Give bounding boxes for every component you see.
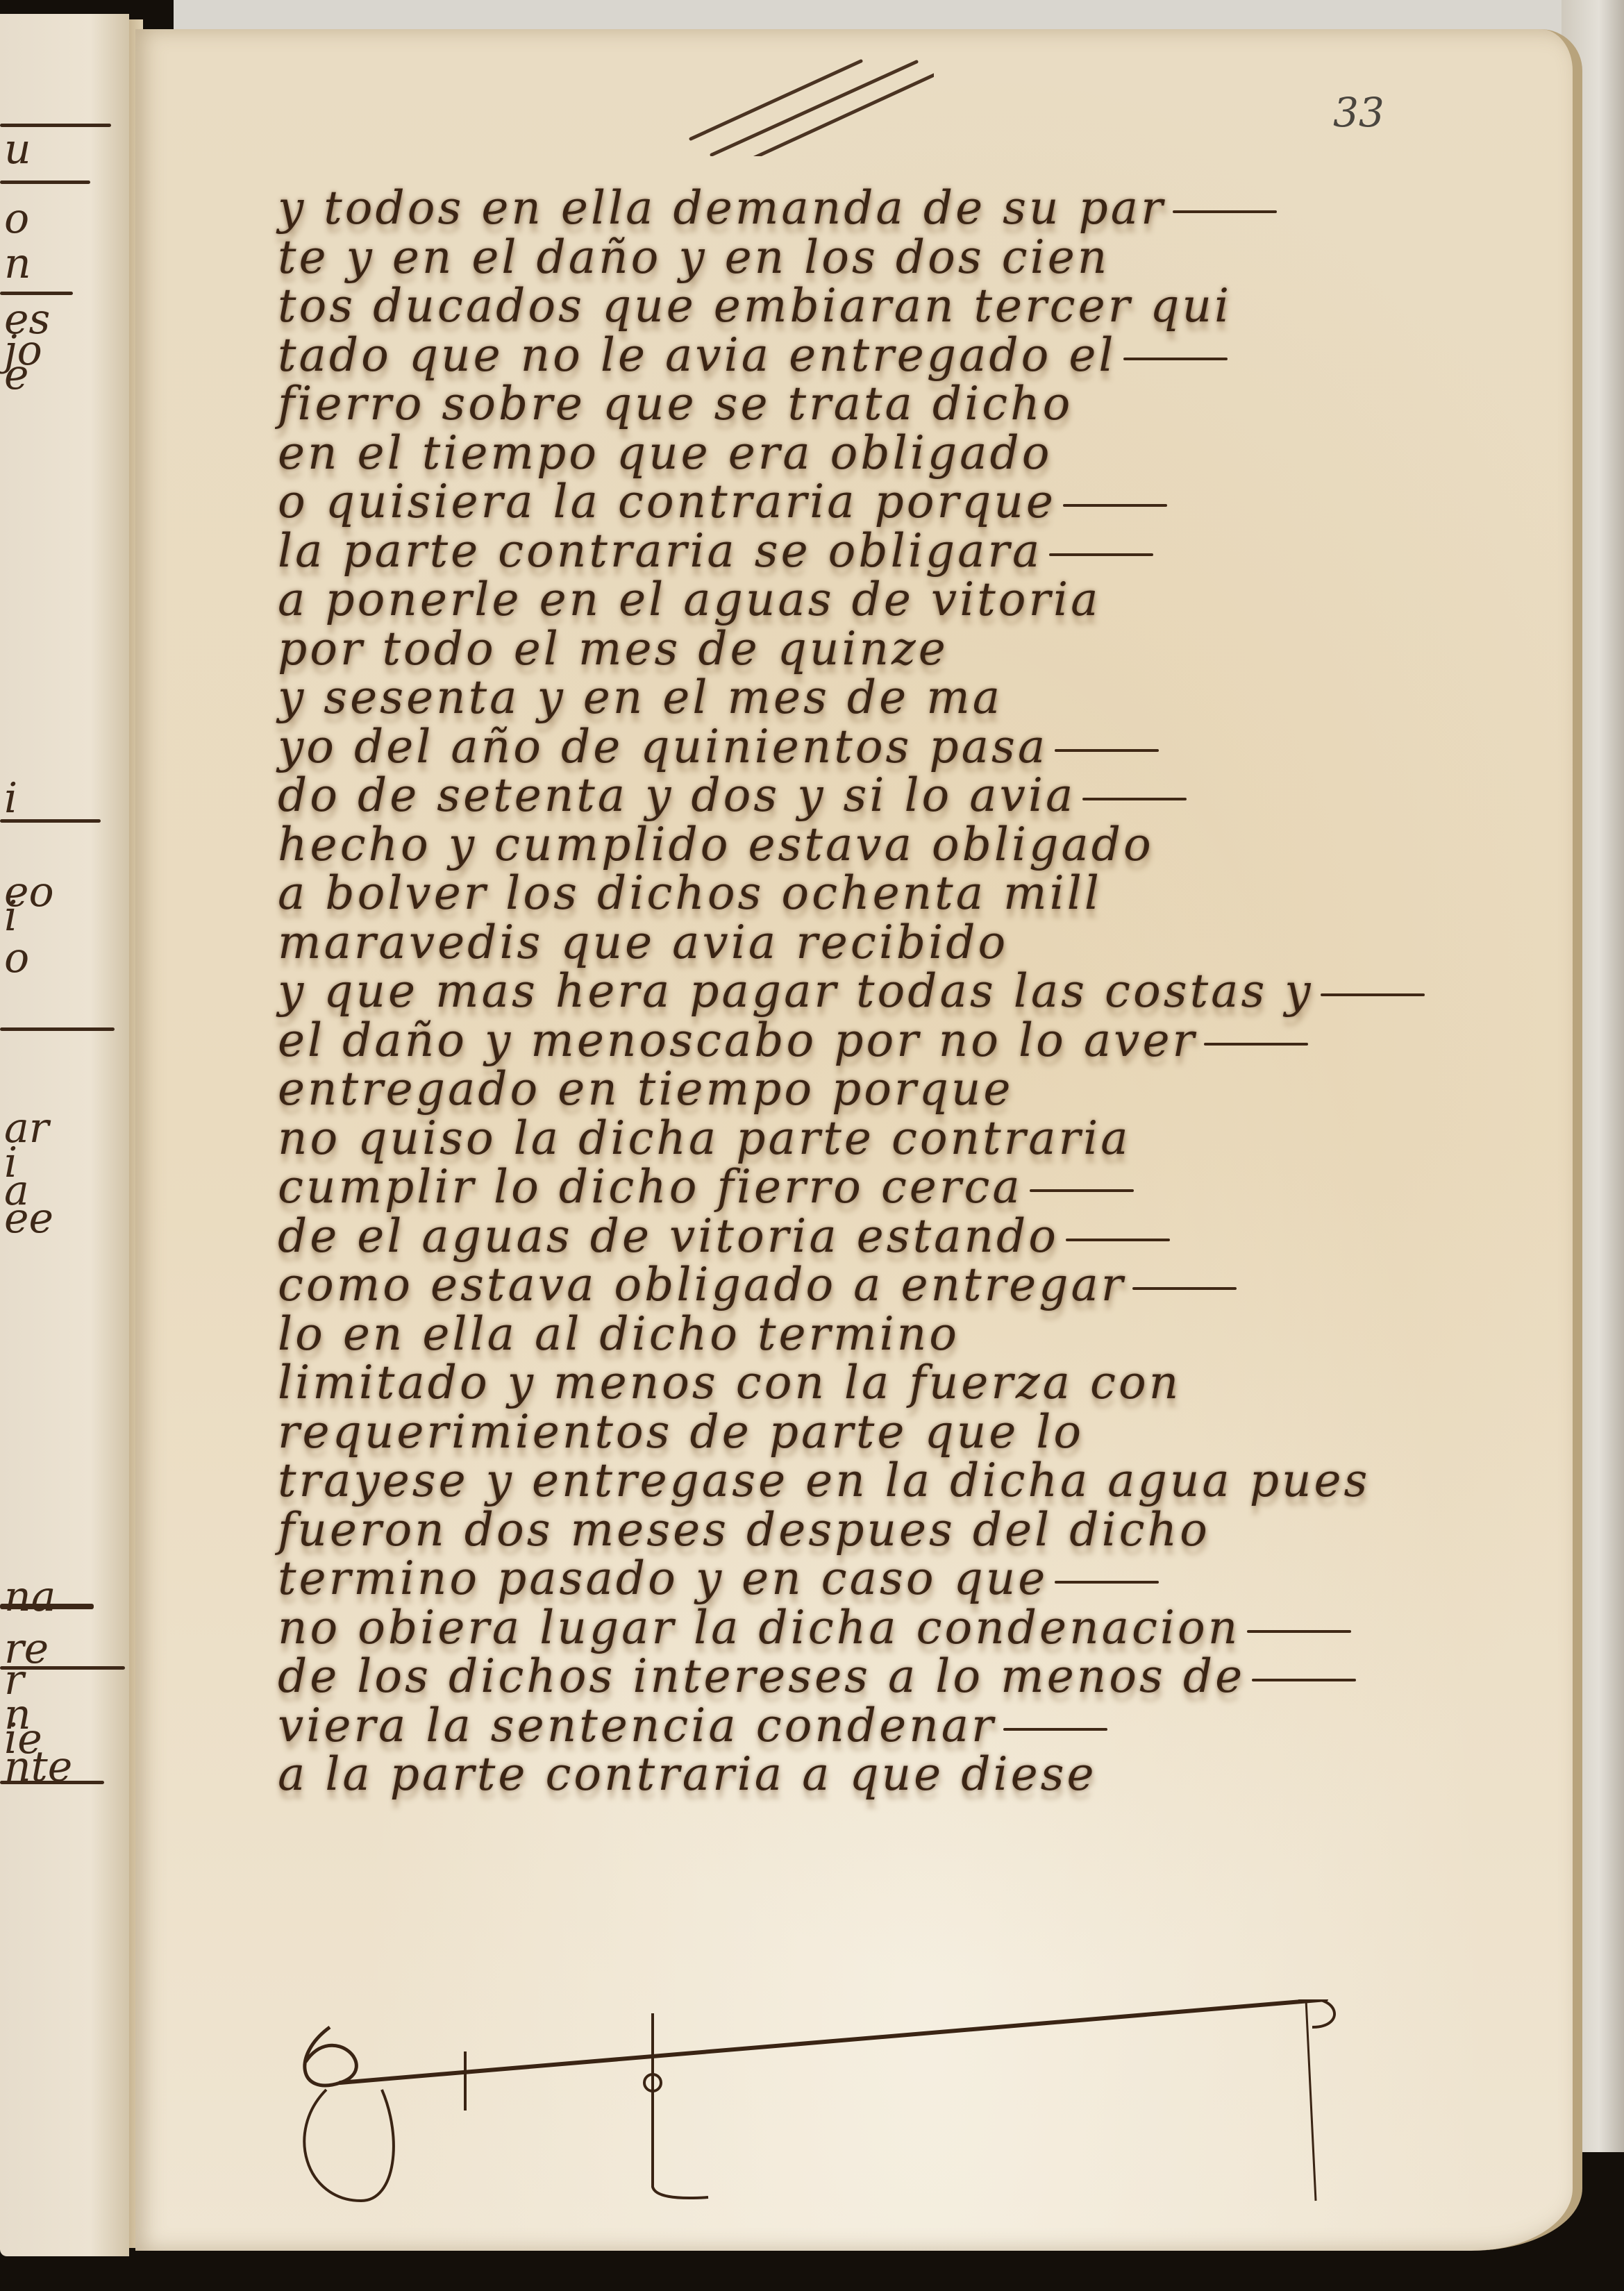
manuscript-line: por todo el mes de quinze: [278, 625, 1361, 674]
manuscript-line: maravedis que avia recibido: [278, 918, 1361, 968]
manuscript-line: trayese y entregase en la dicha agua pue…: [278, 1457, 1361, 1506]
manuscript-line: termino pasado y en caso que: [278, 1554, 1361, 1604]
line-end-flourish: [1063, 504, 1167, 507]
triple-stroke-mark: [656, 59, 934, 156]
manuscript-line: te y en el daño y en los dos cien: [278, 233, 1361, 283]
line-end-flourish: [1173, 210, 1277, 213]
manuscript-line: a la parte contraria a que diese: [278, 1750, 1361, 1799]
manuscript-line: a ponerle en el aguas de vitoria: [278, 576, 1361, 625]
line-end-flourish: [1247, 1630, 1351, 1633]
manuscript-line: fierro sobre que se trata dicho: [278, 380, 1361, 429]
manuscript-line: como estava obligado a entregar: [278, 1261, 1361, 1310]
left-margin-fragment: u: [4, 125, 31, 174]
left-margin-fragment: na: [4, 1572, 56, 1621]
manuscript-line: de el aguas de vitoria estando: [278, 1212, 1361, 1261]
manuscript-line: requerimientos de parte que lo: [278, 1408, 1361, 1457]
line-end-flourish: [1049, 553, 1153, 556]
left-margin-fragment: ee: [4, 1194, 53, 1243]
manuscript-line-text: tado que no le avia entregado el: [278, 328, 1116, 382]
manuscript-line-text: por todo el mes de quinze: [278, 622, 948, 675]
manuscript-line-text: en el tiempo que era obligado: [278, 426, 1052, 480]
manuscript-line-text: como estava obligado a entregar: [278, 1258, 1125, 1311]
manuscript-line-text: hecho y cumplido estava obligado: [278, 818, 1154, 871]
manuscript-line: o quisiera la contraria porque: [278, 478, 1361, 527]
line-end-flourish: [0, 124, 111, 127]
left-margin-fragment: o: [4, 194, 29, 243]
manuscript-line-text: a ponerle en el aguas de vitoria: [278, 573, 1101, 626]
manuscript-line: lo en ella al dicho termino: [278, 1310, 1361, 1359]
manuscript-line: hecho y cumplido estava obligado: [278, 821, 1361, 870]
left-margin-fragment: n: [4, 240, 31, 288]
manuscript-line: la parte contraria se obligara: [278, 527, 1361, 576]
manuscript-line-text: y todos en ella demanda de su par: [278, 181, 1166, 235]
manuscript-line-text: de los dichos intereses a lo menos de: [278, 1650, 1245, 1703]
manuscript-line-text: tos ducados que embiaran tercer qui: [278, 279, 1232, 333]
line-end-flourish: [0, 819, 101, 823]
folio-number: 33: [1333, 89, 1384, 136]
manuscript-line-text: el daño y menoscabo por no lo aver: [278, 1014, 1197, 1067]
line-end-flourish: [0, 1604, 94, 1609]
manuscript-line-text: limitado y menos con la fuerza con: [278, 1356, 1181, 1409]
manuscript-line: y todos en ella demanda de su par: [278, 184, 1361, 233]
manuscript-line-text: no obiera lugar la dicha condenacion: [278, 1601, 1240, 1654]
line-end-flourish: [1055, 1581, 1159, 1584]
manuscript-line-text: y sesenta y en el mes de ma: [278, 671, 1003, 724]
manuscript-line-text: yo del año de quinientos pasa: [278, 720, 1048, 773]
line-end-flourish: [0, 181, 90, 184]
manuscript-line: y que mas hera pagar todas las costas y: [278, 967, 1361, 1016]
manuscript-line-text: de el aguas de vitoria estando: [278, 1209, 1059, 1263]
manuscript-line: el daño y menoscabo por no lo aver: [278, 1016, 1361, 1066]
manuscript-line: de los dichos intereses a lo menos de: [278, 1652, 1361, 1702]
line-end-flourish: [1321, 993, 1425, 996]
manuscript-line: no obiera lugar la dicha condenacion: [278, 1604, 1361, 1653]
manuscript-line: limitado y menos con la fuerza con: [278, 1359, 1361, 1408]
line-end-flourish: [1082, 798, 1187, 800]
line-end-flourish: [1252, 1679, 1356, 1681]
manuscript-line-text: viera la sentencia condenar: [278, 1699, 996, 1752]
line-end-flourish: [1003, 1728, 1107, 1731]
signature-flourish: [0, 1781, 104, 1784]
manuscript-line-text: cumplir lo dicho fierro cerca: [278, 1160, 1023, 1214]
manuscript-line: viera la sentencia condenar: [278, 1702, 1361, 1751]
manuscript-line: fueron dos meses despues del dicho: [278, 1506, 1361, 1555]
manuscript-line-text: no quiso la dicha parte contraria: [278, 1111, 1131, 1165]
manuscript-line-text: fierro sobre que se trata dicho: [278, 377, 1073, 430]
line-end-flourish: [0, 1666, 125, 1670]
manuscript-line-text: o quisiera la contraria porque: [278, 475, 1056, 528]
manuscript-line: yo del año de quinientos pasa: [278, 723, 1361, 772]
line-end-flourish: [1030, 1189, 1134, 1192]
manuscript-line-text: do de setenta y dos y si lo avia: [278, 769, 1075, 822]
manuscript-line-text: te y en el daño y en los dos cien: [278, 230, 1110, 284]
line-end-flourish: [0, 1027, 115, 1031]
manuscript-line: tado que no le avia entregado el: [278, 331, 1361, 380]
left-margin-fragment: i: [4, 774, 17, 823]
manuscript-line: a bolver los dichos ochenta mill: [278, 869, 1361, 918]
manuscript-line-text: trayese y entregase en la dicha agua pue…: [278, 1454, 1370, 1507]
manuscript-line-text: y que mas hera pagar todas las costas y: [278, 964, 1314, 1018]
manuscript-line: cumplir lo dicho fierro cerca: [278, 1163, 1361, 1212]
manuscript-line: y sesenta y en el mes de ma: [278, 673, 1361, 723]
line-end-flourish: [1055, 749, 1159, 752]
manuscript-line-text: termino pasado y en caso que: [278, 1552, 1048, 1605]
manuscript-line-text: la parte contraria se obligara: [278, 524, 1042, 578]
manuscript-line-text: maravedis que avia recibido: [278, 916, 1008, 969]
manuscript-line: no quiso la dicha parte contraria: [278, 1114, 1361, 1164]
manuscript-line-text: lo en ella al dicho termino: [278, 1307, 960, 1361]
manuscript-line-text: a la parte contraria a que diese: [278, 1747, 1097, 1801]
line-end-flourish: [0, 292, 73, 295]
left-page-edge: uonesjoeieoioariaeenarerniente: [0, 14, 129, 2256]
manuscript-text-block: y todos en ella demanda de su parte y en…: [278, 184, 1361, 1799]
manuscript-line-text: fueron dos meses despues del dicho: [278, 1503, 1210, 1556]
line-end-flourish: [1132, 1287, 1237, 1290]
closing-signature-flourishes: [278, 1999, 1389, 2208]
line-end-flourish: [1123, 358, 1228, 360]
manuscript-line-text: entregado en tiempo porque: [278, 1062, 1013, 1116]
left-margin-fragment: e: [4, 351, 29, 399]
manuscript-line-text: a bolver los dichos ochenta mill: [278, 866, 1102, 920]
manuscript-line: tos ducados que embiaran tercer qui: [278, 282, 1361, 331]
manuscript-line: en el tiempo que era obligado: [278, 429, 1361, 478]
manuscript-line: do de setenta y dos y si lo avia: [278, 771, 1361, 821]
line-end-flourish: [1066, 1239, 1170, 1241]
manuscript-line-text: requerimientos de parte que lo: [278, 1405, 1084, 1459]
left-margin-fragment: o: [4, 934, 29, 982]
line-end-flourish: [1204, 1043, 1308, 1046]
manuscript-line: entregado en tiempo porque: [278, 1065, 1361, 1114]
